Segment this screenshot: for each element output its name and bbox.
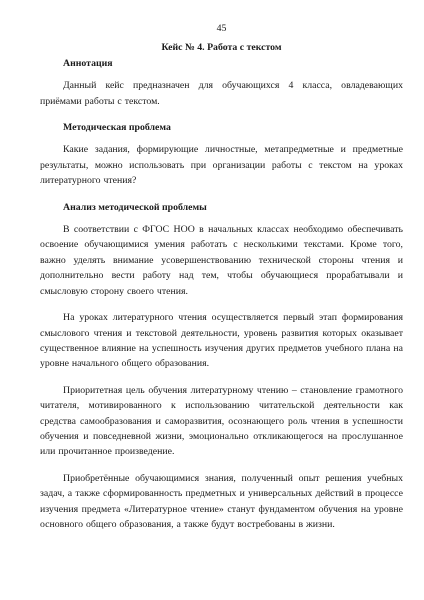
page-title: Кейс № 4. Работа с текстом — [40, 40, 403, 55]
page-number: 45 — [40, 21, 403, 36]
paragraph-methodical-problem-1: Какие задания, формирующие личностные, м… — [40, 142, 403, 188]
paragraph-analysis-1: В соответствии с ФГОС НОО в начальных кл… — [40, 222, 403, 299]
document-page: 45 Кейс № 4. Работа с текстом Аннотация … — [0, 0, 424, 600]
paragraph-annotation-1: Данный кейс предназначен для обучающихся… — [40, 78, 403, 109]
paragraph-analysis-4: Приобретённые обучающимися знания, получ… — [40, 471, 403, 533]
paragraph-analysis-2: На уроках литературного чтения осуществл… — [40, 310, 403, 372]
section-heading-methodical-problem: Методическая проблема — [40, 120, 403, 135]
section-heading-analysis: Анализ методической проблемы — [40, 200, 403, 215]
paragraph-analysis-3: Приоритетная цель обучения литературному… — [40, 383, 403, 460]
section-heading-annotation: Аннотация — [40, 56, 403, 71]
